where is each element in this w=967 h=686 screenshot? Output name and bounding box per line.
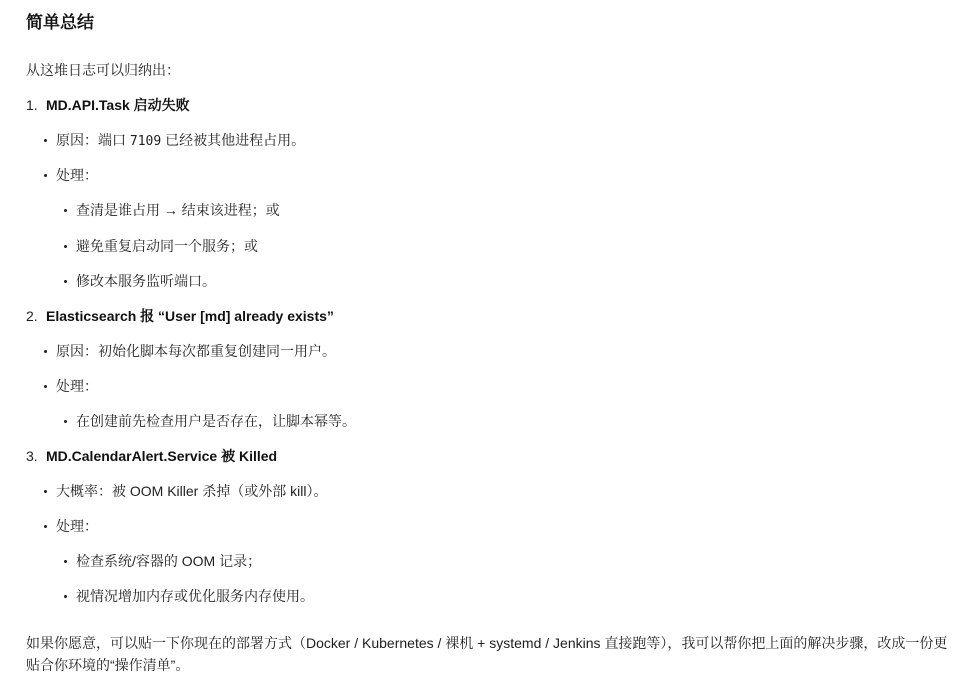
list-item-step: 检查系统/容器的 OOM 记录； <box>64 550 261 572</box>
section-heading-3: 3.MD.CalendarAlert.Service 被 Killed <box>26 445 277 467</box>
bullet-icon <box>44 350 47 353</box>
intro-text: 从这堆日志可以归纳出： <box>26 59 180 81</box>
bullet-icon <box>64 280 67 283</box>
list-item-handle: 处理： <box>44 515 98 537</box>
list-item-handle: 处理： <box>44 375 98 397</box>
bullet-icon <box>44 385 47 388</box>
list-item-step: 在创建前先检查用户是否存在，让脚本幂等。 <box>64 410 356 432</box>
list-item-step: 查清是谁占用 → 结束该进程；或 <box>64 199 280 221</box>
bullet-icon <box>64 595 67 598</box>
list-item-handle: 处理： <box>44 164 98 186</box>
list-number: 3. <box>26 445 46 467</box>
bullet-icon <box>64 420 67 423</box>
list-number: 1. <box>26 94 46 116</box>
bullet-icon <box>44 490 47 493</box>
list-item-cause: 大概率：被 OOM Killer 杀掉（或外部 kill）。 <box>44 480 327 502</box>
bullet-icon <box>44 525 47 528</box>
list-item-cause: 原因：初始化脚本每次都重复创建同一用户。 <box>44 340 336 362</box>
bullet-icon <box>64 245 67 248</box>
bullet-icon <box>64 560 67 563</box>
list-item-step: 修改本服务监听端口。 <box>64 270 216 292</box>
bullet-icon <box>44 174 47 177</box>
list-number: 2. <box>26 305 46 327</box>
footer-text: 如果你愿意，可以贴一下你现在的部署方式（Docker / Kubernetes … <box>26 632 956 676</box>
list-item-step: 避免重复启动同一个服务；或 <box>64 235 258 257</box>
page-title: 简单总结 <box>26 8 94 33</box>
bullet-icon <box>64 209 67 212</box>
section-heading-2: 2.Elasticsearch 报 “User [md] already exi… <box>26 305 334 327</box>
bullet-icon <box>44 139 47 142</box>
port-code: 7109 <box>130 134 161 149</box>
section-heading-1: 1.MD.API.Task 启动失败 <box>26 94 190 116</box>
list-item-step: 视情况增加内存或优化服务内存使用。 <box>64 585 314 607</box>
list-item-cause: 原因：端口 7109 已经被其他进程占用。 <box>44 129 305 153</box>
